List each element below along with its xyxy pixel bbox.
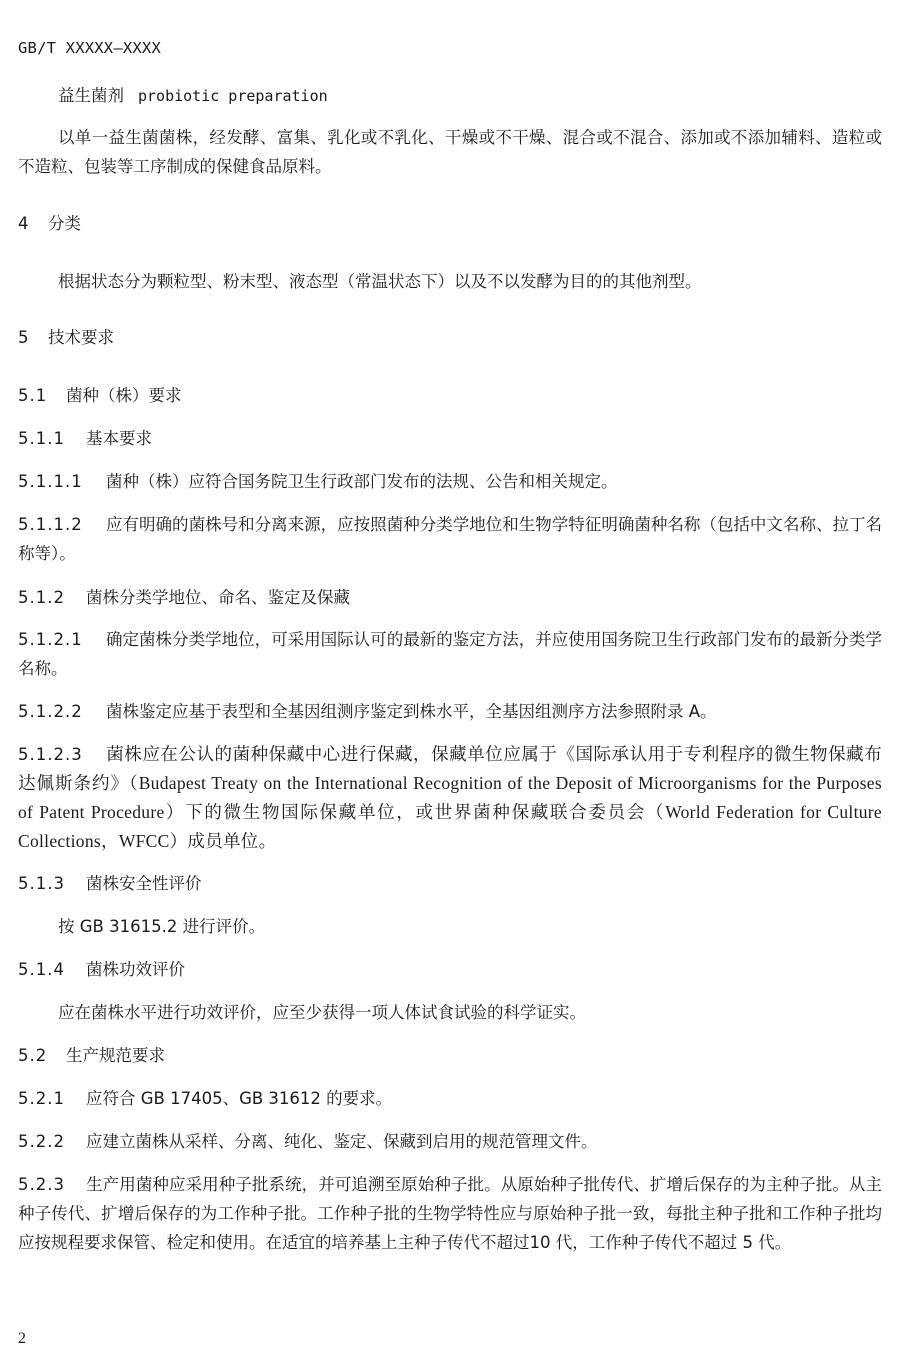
clause-number: 5.1.2.2: [18, 702, 106, 722]
section-title: 分类: [48, 214, 81, 233]
clause-body: 确定菌株分类学地位，可采用国际认可的最新的鉴定方法，并应使用国务院卫生行政部门发…: [18, 630, 882, 678]
page-number: 2: [18, 1330, 26, 1348]
clause-5-2-2: 5.2.2应建立菌株从采样、分离、纯化、鉴定、保藏到启用的规范管理文件。: [18, 1132, 598, 1152]
clause-body: 生产用菌种应采用种子批系统，并可追溯至原始种子批。从原始种子批传代、扩增后保存的…: [18, 1175, 882, 1252]
section-number: 5.1: [18, 386, 66, 406]
section-number: 5.2: [18, 1046, 66, 1066]
section-title: 技术要求: [48, 328, 114, 347]
section-5-1-1-heading: 5.1.1基本要求: [18, 429, 152, 449]
clause-number: 5.2.3: [18, 1170, 86, 1199]
clause-5-1-1-2: 5.1.1.2应有明确的菌株号和分离来源，应按照菌种分类学地位和生物学特征明确菌…: [18, 510, 882, 568]
term-en: probiotic preparation: [138, 87, 328, 105]
section-5-2-heading: 5.2生产规范要求: [18, 1046, 165, 1066]
clause-number: 5.1.1.1: [18, 472, 106, 492]
clause-number: 5.2.2: [18, 1132, 86, 1152]
clause-body: 菌株鉴定应基于表型和全基因组测序鉴定到株水平，全基因组测序方法参照附录 A。: [106, 702, 717, 721]
section-number: 5.1.2: [18, 588, 86, 608]
section-number: 4: [18, 214, 48, 234]
clause-5-1-2-1: 5.1.2.1确定菌株分类学地位，可采用国际认可的最新的鉴定方法，并应使用国务院…: [18, 625, 882, 683]
standard-code-header: GB/T XXXXX—XXXX: [18, 38, 161, 58]
section-5-1-4-body: 应在菌株水平进行功效评价，应至少获得一项人体试食试验的科学证实。: [58, 1003, 586, 1023]
clause-number: 5.1.2.1: [18, 625, 106, 654]
clause-body: 菌株应在公认的菌种保藏中心进行保藏，保藏单位应属于《国际承认用于专利程序的微生物…: [18, 744, 882, 851]
section-5-1-2-heading: 5.1.2菌株分类学地位、命名、鉴定及保藏: [18, 588, 350, 608]
section-5-1-heading: 5.1菌种（株）要求: [18, 386, 182, 406]
clause-5-2-3: 5.2.3生产用菌种应采用种子批系统，并可追溯至原始种子批。从原始种子批传代、扩…: [18, 1170, 882, 1257]
section-4-body: 根据状态分为颗粒型、粉末型、液态型（常温状态下）以及不以发酵为目的的其他剂型。: [18, 267, 882, 296]
clause-body: 应有明确的菌株号和分离来源，应按照菌种分类学地位和生物学特征明确菌种名称（包括中…: [18, 515, 882, 563]
section-title: 菌种（株）要求: [66, 386, 182, 405]
term-entry: 益生菌剂probiotic preparation: [58, 86, 328, 106]
clause-number: 5.1.1.2: [18, 510, 106, 539]
clause-number: 5.2.1: [18, 1089, 86, 1109]
clause-5-1-2-2: 5.1.2.2菌株鉴定应基于表型和全基因组测序鉴定到株水平，全基因组测序方法参照…: [18, 702, 717, 722]
clause-body: 菌种（株）应符合国务院卫生行政部门发布的法规、公告和相关规定。: [106, 472, 618, 491]
term-definition: 以单一益生菌菌株，经发酵、富集、乳化或不乳化、干燥或不干燥、混合或不混合、添加或…: [18, 123, 882, 181]
section-title: 菌株安全性评价: [86, 874, 202, 893]
section-4-heading: 4分类: [18, 214, 81, 234]
section-number: 5.1.1: [18, 429, 86, 449]
section-title: 基本要求: [86, 429, 152, 448]
section-number: 5.1.3: [18, 874, 86, 894]
section-5-1-3-body: 按 GB 31615.2 进行评价。: [58, 917, 265, 937]
clause-5-2-1: 5.2.1应符合 GB 17405、GB 31612 的要求。: [18, 1089, 392, 1109]
section-title: 生产规范要求: [66, 1046, 165, 1065]
clause-body: 应符合 GB 17405、GB 31612 的要求。: [86, 1089, 392, 1108]
clause-body: 应建立菌株从采样、分离、纯化、鉴定、保藏到启用的规范管理文件。: [86, 1132, 598, 1151]
section-number: 5: [18, 328, 48, 348]
section-5-heading: 5技术要求: [18, 328, 114, 348]
clause-number: 5.1.2.3: [18, 740, 106, 769]
section-title: 菌株功效评价: [86, 960, 185, 979]
clause-5-1-1-1: 5.1.1.1菌种（株）应符合国务院卫生行政部门发布的法规、公告和相关规定。: [18, 472, 618, 492]
term-zh: 益生菌剂: [58, 86, 124, 105]
section-number: 5.1.4: [18, 960, 86, 980]
clause-5-1-2-3: 5.1.2.3菌株应在公认的菌种保藏中心进行保藏，保藏单位应属于《国际承认用于专…: [18, 740, 882, 856]
section-5-1-4-heading: 5.1.4菌株功效评价: [18, 960, 185, 980]
section-5-1-3-heading: 5.1.3菌株安全性评价: [18, 874, 202, 894]
section-title: 菌株分类学地位、命名、鉴定及保藏: [86, 588, 350, 607]
